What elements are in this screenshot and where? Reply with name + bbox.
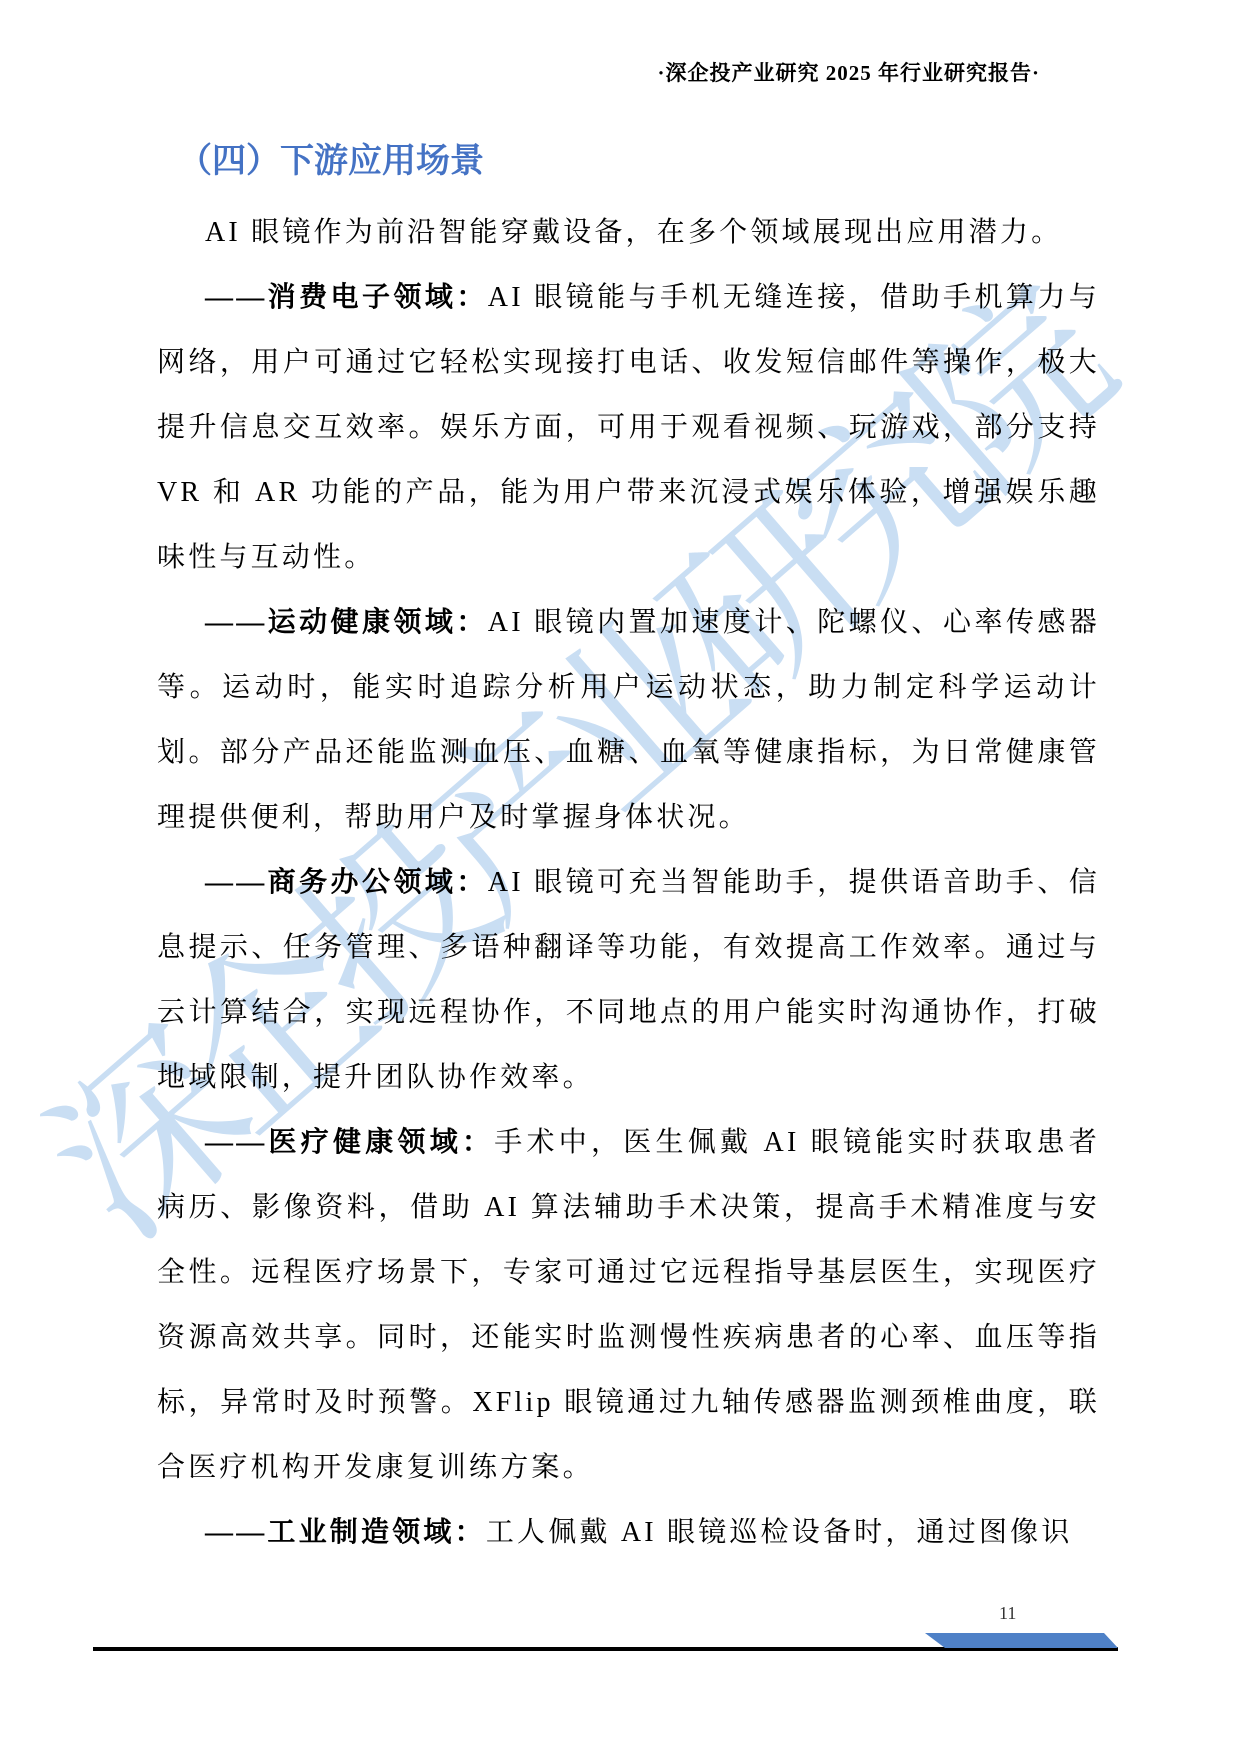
section-heading: （四）下游应用场景: [178, 133, 484, 182]
body-paragraph: ——消费电子领域：AI 眼镜能与手机无缝连接，借助手机算力与网络，用户可通过它轻…: [157, 265, 1100, 590]
body-paragraph: AI 眼镜作为前沿智能穿戴设备，在多个领域展现出应用潜力。: [157, 200, 1100, 265]
paragraph-lead: ——工业制造领域：: [205, 1517, 486, 1548]
body-paragraph: ——医疗健康领域：手术中，医生佩戴 AI 眼镜能实时获取患者病历、影像资料，借助…: [157, 1110, 1100, 1500]
body-paragraph: ——运动健康领域：AI 眼镜内置加速度计、陀螺仪、心率传感器等。运动时，能实时追…: [157, 590, 1100, 850]
page-number: 11: [999, 1603, 1016, 1624]
footer-parallelogram-accent: [925, 1633, 1118, 1648]
paragraph-lead: ——运动健康领域：: [205, 607, 488, 638]
page-header-title: ·深企投产业研究 2025 年行业研究报告·: [657, 57, 1040, 87]
paragraph-lead: ——医疗健康领域：: [205, 1127, 494, 1158]
body-paragraph: ——工业制造领域：工人佩戴 AI 眼镜巡检设备时，通过图像识: [157, 1500, 1100, 1565]
paragraph-lead: ——消费电子领域：: [205, 282, 488, 313]
report-page: 深企投产业研究院 ·深企投产业研究 2025 年行业研究报告· （四）下游应用场…: [0, 0, 1241, 1754]
body-paragraph: ——商务办公领域：AI 眼镜可充当智能助手，提供语音助手、信息提示、任务管理、多…: [157, 850, 1100, 1110]
paragraph-lead: ——商务办公领域：: [205, 867, 488, 898]
body-text-block: AI 眼镜作为前沿智能穿戴设备，在多个领域展现出应用潜力。——消费电子领域：AI…: [157, 200, 1100, 1565]
